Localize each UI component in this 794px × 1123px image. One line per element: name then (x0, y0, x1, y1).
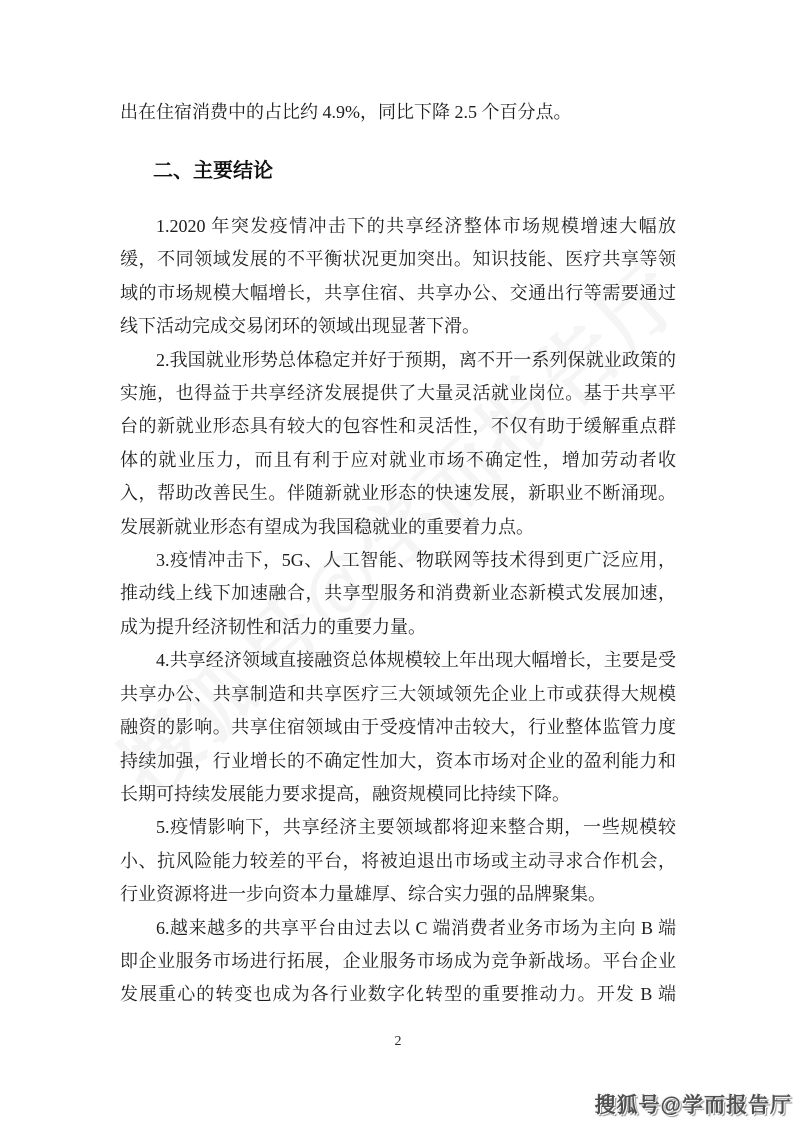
continuation-paragraph: 出在住宿消费中的占比约 4.9%，同比下降 2.5 个百分点。 (120, 96, 676, 129)
document-page: 搜狐号@学而报告厅 出在住宿消费中的占比约 4.9%，同比下降 2.5 个百分点… (0, 0, 794, 1123)
page-number: 2 (120, 1034, 676, 1050)
paragraph-3: 3.疫情冲击下，5G、人工智能、物联网等技术得到更广泛应用，推动线上线下加速融合… (120, 544, 676, 644)
paragraph-4: 4.共享经济领域直接融资总体规模较上年出现大幅增长，主要是受共享办公、共享制造和… (120, 644, 676, 811)
paragraph-6: 6.越来越多的共享平台由过去以 C 端消费者业务市场为主向 B 端即企业服务市场… (120, 912, 676, 1012)
paragraph-5: 5.疫情影响下，共享经济主要领域都将迎来整合期，一些规模较小、抗风险能力较差的平… (120, 811, 676, 911)
corner-watermark: 搜狐号@学而报告厅 (595, 1089, 792, 1119)
paragraph-2: 2.我国就业形势总体稳定并好于预期，离不开一系列保就业政策的实施，也得益于共享经… (120, 344, 676, 544)
section-heading: 二、主要结论 (120, 155, 676, 188)
page-content: 出在住宿消费中的占比约 4.9%，同比下降 2.5 个百分点。 二、主要结论 1… (120, 96, 676, 1012)
paragraph-1: 1.2020 年突发疫情冲击下的共享经济整体市场规模增速大幅放缓，不同领域发展的… (120, 210, 676, 344)
